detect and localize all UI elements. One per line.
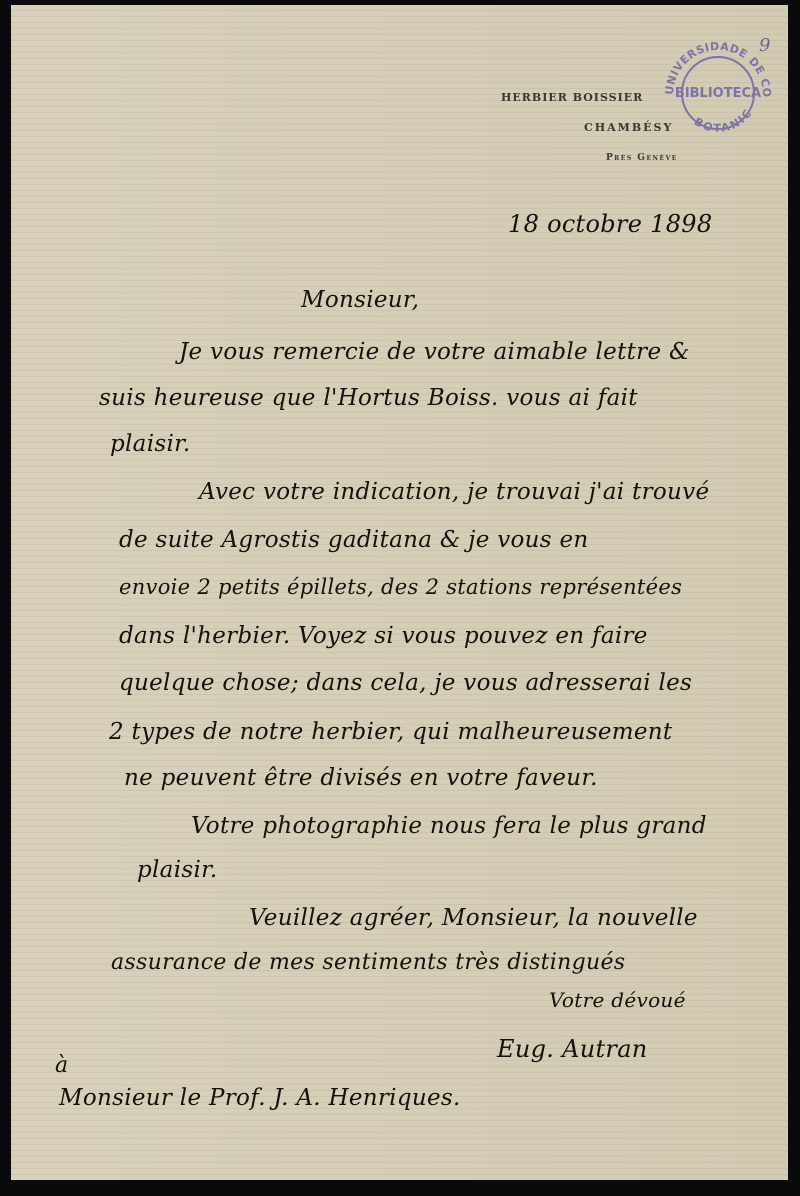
library-stamp-icon: UNIVERSIDADE DE COIMBRA BIBLIOTECA BOTAN… [659, 33, 777, 151]
letterhead-city: Près Genève [606, 153, 678, 163]
letter-salutation: Monsieur, [301, 287, 419, 313]
letter-line: Avec votre indication, je trouvai j'ai t… [199, 479, 709, 505]
letter-line: plaisir. [110, 431, 191, 457]
letter-line: assurance de mes sentiments très disting… [111, 950, 625, 975]
letter-line: Je vous remercie de votre aimable lettre… [179, 339, 690, 365]
letter-addressee: Monsieur le Prof. J. A. Henriques. [59, 1085, 461, 1111]
letter-date: 18 octobre 1898 [508, 210, 712, 238]
letter-line: Votre photographie nous fera le plus gra… [191, 813, 707, 839]
letterhead-institution: HERBIER BOISSIER [501, 91, 643, 104]
letter-line: envoie 2 petits épillets, des 2 stations… [119, 575, 682, 599]
letter-line: Veuillez agréer, Monsieur, la nouvelle [249, 905, 698, 931]
letter-page: HERBIER BOISSIER CHAMBÉSY Près Genève UN… [11, 5, 788, 1180]
letter-line: quelque chose; dans cela, je vous adress… [119, 670, 692, 696]
stamp-number: 9 [759, 35, 770, 56]
letter-line: 2 types de notre herbier, qui malheureus… [109, 719, 672, 745]
stamp-center-text: BIBLIOTECA [675, 86, 761, 101]
letter-line: ne peuvent être divisés en votre faveur. [124, 765, 598, 791]
addressee-mark: à [55, 1053, 68, 1078]
letter-line: de suite Agrostis gaditana & je vous en [119, 527, 589, 553]
letter-signature: Eug. Autran [497, 1035, 648, 1063]
letter-line: dans l'herbier. Voyez si vous pouvez en … [119, 623, 648, 649]
letter-line: plaisir. [137, 857, 218, 883]
letter-line: suis heureuse que l'Hortus Boiss. vous a… [99, 385, 638, 411]
letter-closing: Votre dévoué [549, 988, 686, 1012]
